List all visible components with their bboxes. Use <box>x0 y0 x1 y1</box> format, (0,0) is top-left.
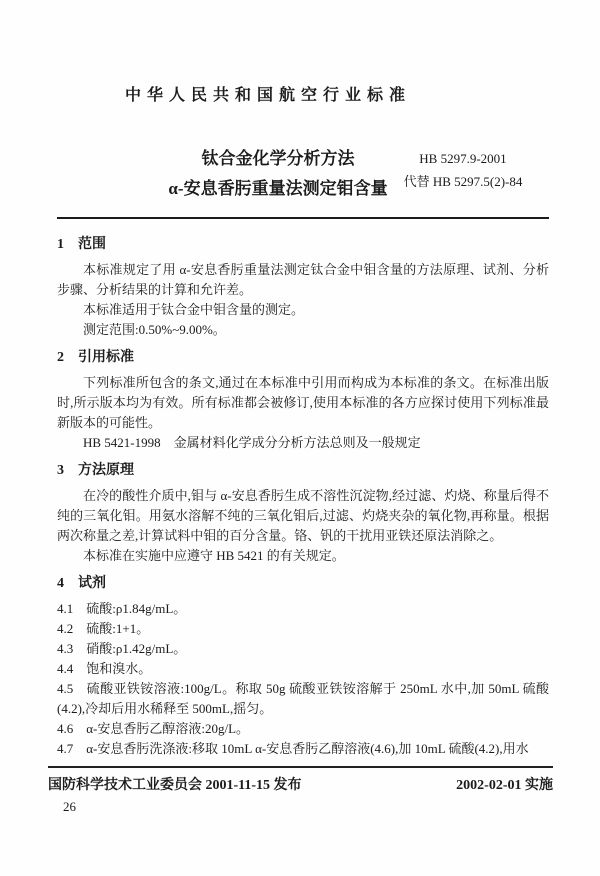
reagent-item-text: 硫酸:ρ1.84g/mL。 <box>86 601 186 616</box>
section-heading: 4试剂 <box>57 574 549 594</box>
reagent-item: 4.1硫酸:ρ1.84g/mL。 <box>57 599 549 619</box>
section-number: 4 <box>57 576 64 591</box>
section-title: 范围 <box>78 237 106 252</box>
title-block: 钛合金化学分析方法 α-安息香肟重量法测定钼含量 HB 5297.9-2001 … <box>57 144 549 204</box>
paragraph: 本标准规定了用 α-安息香肟重量法测定钛合金中钼含量的方法原理、试剂、分析步骤、… <box>57 260 549 300</box>
reagent-item-text: 硝酸:ρ1.42g/mL。 <box>86 641 186 656</box>
reagent-item-number: 4.2 <box>57 621 73 636</box>
section-reagents: 4试剂 4.1硫酸:ρ1.84g/mL。 4.2硫酸:1+1。 4.3硝酸:ρ1… <box>57 574 549 759</box>
section-method-principle: 3方法原理 在冷的酸性介质中,钼与 α-安息香肟生成不溶性沉淀物,经过滤、灼烧、… <box>57 461 549 566</box>
reagent-item: 4.3硝酸:ρ1.42g/mL。 <box>57 639 549 659</box>
reagent-item-number: 4.4 <box>57 661 73 676</box>
reagent-item: 4.2硫酸:1+1。 <box>57 619 549 639</box>
reagent-item-number: 4.7 <box>57 741 73 756</box>
reagent-item-number: 4.6 <box>57 721 73 736</box>
section-number: 3 <box>57 463 64 478</box>
referenced-standard-entry: HB 5421-1998 金属材料化学成分分析方法总则及一般规定 <box>57 433 549 453</box>
jurisdiction-line: 中华人民共和国航空行业标准 <box>57 86 479 106</box>
paragraph: 下列标准所包含的条文,通过在本标准中引用而构成为本标准的条文。在标准出版时,所示… <box>57 373 549 433</box>
reagent-item: 4.4饱和溴水。 <box>57 659 549 679</box>
reagent-item-text: α-安息香肟洗涤液:移取 10mL α-安息香肟乙醇溶液(4.6),加 10mL… <box>86 741 528 756</box>
section-heading: 3方法原理 <box>57 461 549 481</box>
reagent-item-text: 硫酸亚铁铵溶液:100g/L。称取 50g 硫酸亚铁铵溶解于 250mL 水中,… <box>57 681 549 716</box>
issuer-release-line: 国防科学技术工业委员会 2001-11-15 发布 <box>48 776 302 796</box>
standard-document-page: 中华人民共和国航空行业标准 钛合金化学分析方法 α-安息香肟重量法测定钼含量 H… <box>0 0 600 876</box>
paragraph: 在冷的酸性介质中,钼与 α-安息香肟生成不溶性沉淀物,经过滤、灼烧、称量后得不纯… <box>57 486 549 546</box>
header-divider-rule <box>57 217 549 219</box>
standard-number: HB 5297.9-2001 <box>383 147 543 170</box>
paragraph: 测定范围:0.50%~9.00%。 <box>57 320 549 340</box>
reagent-item-text: α-安息香肟乙醇溶液:20g/L。 <box>86 721 249 736</box>
section-scope: 1范围 本标准规定了用 α-安息香肟重量法测定钛合金中钼含量的方法原理、试剂、分… <box>57 235 549 340</box>
page-content: 中华人民共和国航空行业标准 钛合金化学分析方法 α-安息香肟重量法测定钼含量 H… <box>57 0 549 759</box>
reagent-item-number: 4.3 <box>57 641 73 656</box>
superseded-standard: 代替 HB 5297.5(2)-84 <box>383 170 543 193</box>
reagent-item-number: 4.1 <box>57 601 73 616</box>
section-title: 方法原理 <box>78 463 134 478</box>
reagent-item-number: 4.5 <box>57 681 73 696</box>
implementation-date: 2002-02-01 实施 <box>456 776 553 796</box>
section-heading: 2引用标准 <box>57 348 549 368</box>
reagent-item: 4.5硫酸亚铁铵溶液:100g/L。称取 50g 硫酸亚铁铵溶解于 250mL … <box>57 679 549 719</box>
reagent-item: 4.7α-安息香肟洗涤液:移取 10mL α-安息香肟乙醇溶液(4.6),加 1… <box>57 739 549 759</box>
footer-dates-row: 国防科学技术工业委员会 2001-11-15 发布 2002-02-01 实施 <box>48 776 553 796</box>
section-title: 引用标准 <box>78 350 134 365</box>
reagent-item: 4.6α-安息香肟乙醇溶液:20g/L。 <box>57 719 549 739</box>
paragraph: 本标准适用于钛合金中钼含量的测定。 <box>57 300 549 320</box>
section-referenced-standards: 2引用标准 下列标准所包含的条文,通过在本标准中引用而构成为本标准的条文。在标准… <box>57 348 549 453</box>
section-number: 2 <box>57 350 64 365</box>
page-footer: 国防科学技术工业委员会 2001-11-15 发布 2002-02-01 实施 … <box>48 766 553 816</box>
document-body: 1范围 本标准规定了用 α-安息香肟重量法测定钛合金中钼含量的方法原理、试剂、分… <box>57 235 549 759</box>
footer-divider-rule <box>48 766 553 768</box>
section-title: 试剂 <box>78 576 106 591</box>
section-number: 1 <box>57 237 64 252</box>
standard-number-block: HB 5297.9-2001 代替 HB 5297.5(2)-84 <box>383 147 543 193</box>
reagent-item-text: 饱和溴水。 <box>86 661 151 676</box>
section-heading: 1范围 <box>57 235 549 255</box>
page-number: 26 <box>63 798 553 816</box>
reagent-item-text: 硫酸:1+1。 <box>86 621 149 636</box>
paragraph: 本标准在实施中应遵守 HB 5421 的有关规定。 <box>57 546 549 566</box>
